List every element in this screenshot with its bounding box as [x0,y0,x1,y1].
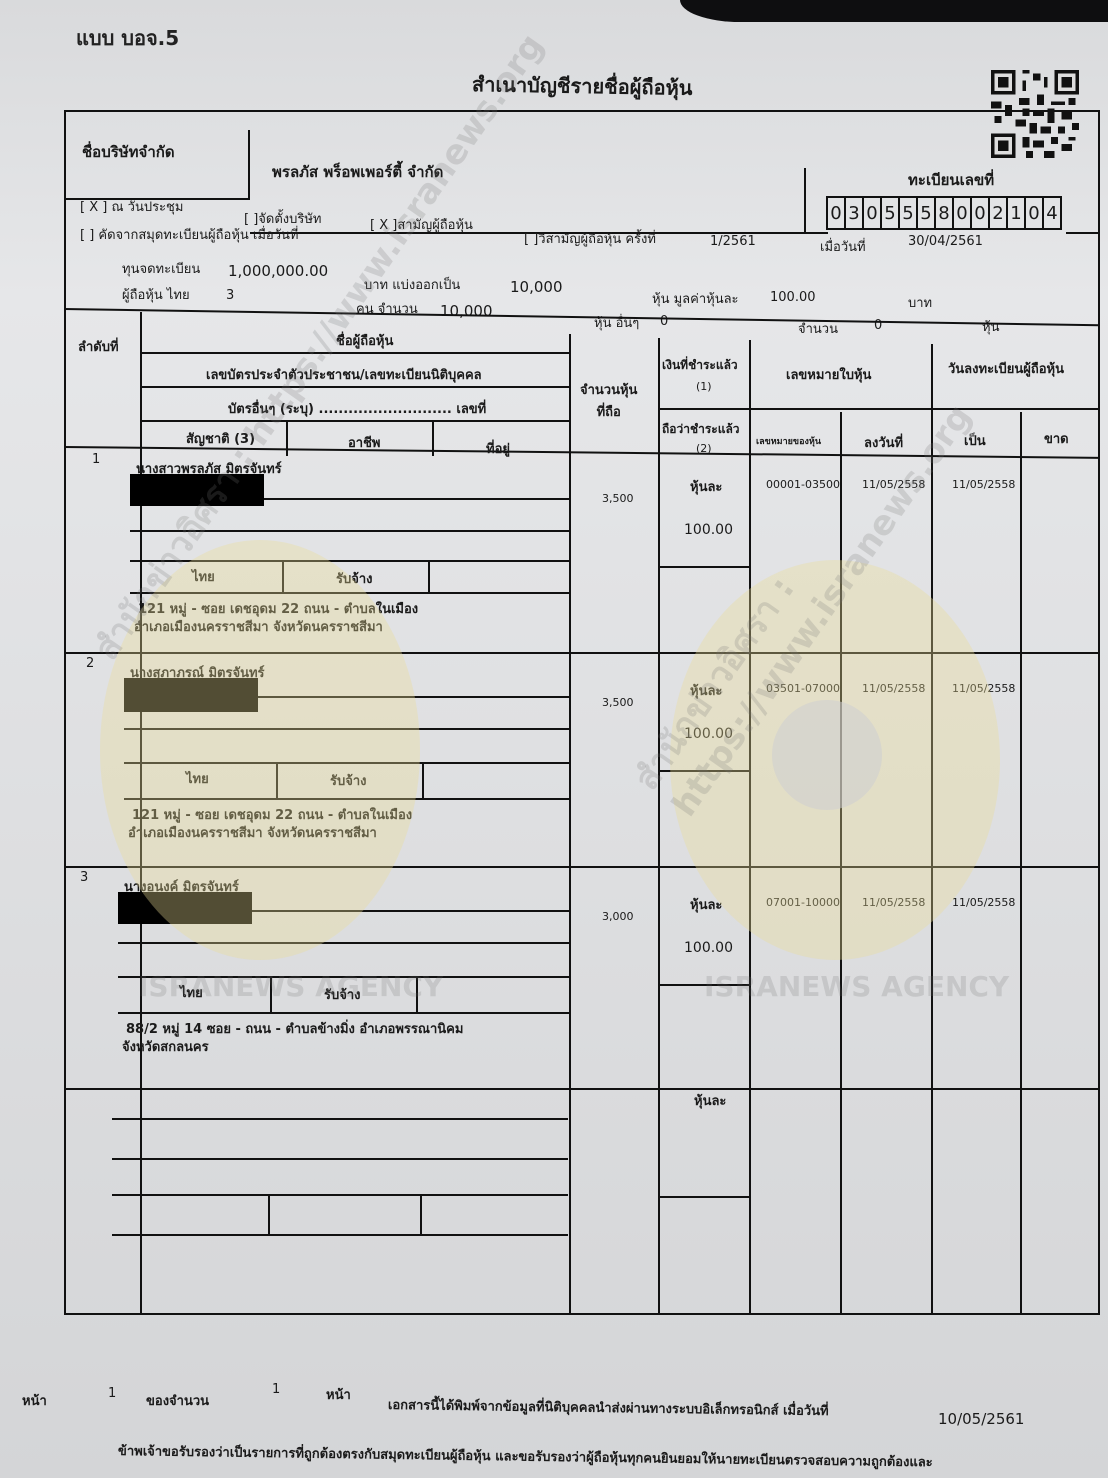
divider [118,942,570,944]
divider [270,976,272,1012]
thai-shares: 10,000 [440,302,493,320]
shares-unit: หุ้น [982,316,999,337]
other-holders: 0 [660,314,668,329]
registration-digit: 0 [828,198,846,228]
divider [124,728,570,730]
company-label: ชื่อบริษัทจำกัด [82,140,175,164]
header-nationality: สัญชาติ (3) [186,428,255,449]
registered-capital-value: 1,000,000.00 [228,262,328,280]
holder-occupation: รับจ้าง [324,984,361,1005]
header-deemed-paid: ถือว่าชำระแล้ว [662,420,740,439]
registration-digit: 2 [990,198,1008,228]
registered-became-date: 11/05/2558 [952,896,1015,909]
header-other-card: บัตรอื่นๆ (ระบุ) .......................… [228,398,486,419]
registered-became-date: 11/05/2558 [952,478,1015,491]
column-divider [749,340,751,1315]
divider [112,1118,568,1120]
registration-digit: 3 [846,198,864,228]
row-divider [64,652,1100,654]
footer-page-label: หน้า [22,1390,47,1411]
divider [1066,232,1100,234]
registration-digit: 4 [1044,198,1060,228]
holder-shares: 3,000 [602,910,634,923]
per-share-label: หุ้นละ [690,894,722,915]
registration-digit: 1 [1008,198,1026,228]
certificate-date: 11/05/2558 [862,896,925,909]
share-numbers: 03501-07000 [766,682,840,695]
column-divider [569,334,571,1315]
session-number: 1/2561 [710,234,756,249]
holder-shares: 3,500 [602,492,634,505]
divider [658,408,1100,410]
value-per-share: 100.00 [770,290,816,305]
holder-nationality: ไทย [186,768,209,789]
divider [124,798,570,800]
divider [130,592,570,594]
registration-number: 0305558002104 [826,196,1062,230]
holder-occupation: รับจ้าง [330,770,367,791]
divider [276,762,278,798]
registration-digit: 0 [972,198,990,228]
row-seq: 1 [92,452,100,467]
empty-row-per-share-label: หุ้นละ [694,1090,726,1111]
checkbox-extraordinary-meeting: [ ]วิสามัญผู้ถือหุ้น ครั้งที่ [524,228,656,249]
photo-edge-shadow [680,0,1108,22]
divider [658,770,750,772]
per-share-label: หุ้นละ [690,680,722,701]
checkbox-meeting-day: [ X ] ณ วันประชุม [80,196,183,217]
footer-printed-note: เอกสารนี้ได้พิมพ์จากข้อมูลที่นิติบุคคลนำ… [388,1394,829,1421]
company-name: พรลภัส พร็อพเพอร์ตี้ จำกัด [272,160,443,184]
total-shares: 10,000 [510,278,563,296]
registration-digit: 8 [936,198,954,228]
thai-holders-count: 3 [226,288,234,303]
thai-holders-label: ผู้ถือหุ้น ไทย [122,284,190,305]
holder-occupation: รับจ้าง [336,568,373,589]
baht-divided-label: บาท แบ่งออกเป็น [364,274,460,295]
row-divider [64,1088,1100,1090]
holder-nationality: ไทย [180,982,203,1003]
share-value-label: หุ้น มูลค่าหุ้นละ [652,288,739,309]
footer-of-total-label: ของจำนวน [146,1390,209,1411]
registration-digit: 0 [954,198,972,228]
share-numbers: 07001-10000 [766,896,840,909]
on-date-label: เมื่อวันที่ [820,236,866,257]
column-divider [931,344,933,1315]
holder-shares: 3,500 [602,696,634,709]
divider [112,1158,568,1160]
row-seq: 3 [80,870,88,885]
divider [112,1234,568,1236]
header-paid-money-note: (1) [696,380,712,393]
checkbox-ordinary-meeting: [ X ]สามัญผู้ถือหุ้น [370,214,473,235]
form-code: แบบ บอจ.5 [76,22,179,54]
divider [268,1196,270,1234]
header-shares-held: จำนวนหุ้น ที่ถือ [580,380,637,424]
header-address: ที่อยู่ [486,438,510,459]
divider [140,352,570,354]
header-occupation: อาชีพ [348,432,381,453]
header-holder-name: ชื่อผู้ถือหุ้น [336,330,393,351]
footer-total-pages: 1 [272,1382,280,1397]
other-shares-label: หุ้น อื่นๆ [594,312,639,333]
divider [658,1196,750,1198]
header-share-numbers: เลขหมายของหุ้น [756,434,821,448]
share-numbers: 00001-03500 [766,478,840,491]
redacted-id-number [130,474,264,506]
row-seq: 2 [86,656,94,671]
header-id-number: เลขบัตรประจำตัวประชาชน/เลขทะเบียนนิติบุค… [206,364,482,385]
header-certificate-no: เลขหมายใบหุ้น [786,364,871,385]
footer-pages-label: หน้า [326,1384,351,1405]
header-seq: ลำดับที่ [78,336,119,357]
divider [428,560,430,592]
header-ceased: ขาด [1044,428,1069,449]
header-dated: ลงวันที่ [864,432,903,453]
divider [112,1194,568,1196]
certificate-date: 11/05/2558 [862,682,925,695]
registered-capital-label: ทุนจดทะเบียน [122,258,200,279]
divider [248,130,250,198]
divider [118,1012,570,1014]
certificate-date: 11/05/2558 [862,478,925,491]
redacted-id-number [124,678,258,712]
divider [416,976,418,1012]
per-share-label: หุ้นละ [690,476,722,497]
divider [286,420,288,456]
registration-digit: 5 [900,198,918,228]
registration-digit: 5 [918,198,936,228]
holder-address-line2: อำเภอเมืองนครราชสีมา จังหวัดนครราชสีมา [128,822,377,843]
footer-certification: ข้าพเจ้าขอรับรองว่าเป็นรายการที่ถูกต้องต… [118,1440,933,1472]
paid-per-share: 100.00 [684,940,733,956]
holder-nationality: ไทย [192,566,215,587]
holder-address-line2: อำเภอเมืองนครราชสีมา จังหวัดนครราชสีมา [134,616,383,637]
divider [658,566,750,568]
column-divider [840,412,842,1315]
divider [282,560,284,592]
registered-became-date: 11/05/2558 [952,682,1015,695]
header-paid-money: เงินที่ชำระแล้ว [662,356,738,375]
registration-digit: 5 [882,198,900,228]
header-deemed-paid-note: (2) [696,442,712,455]
divider [124,762,570,764]
column-divider [658,338,660,1315]
divider [420,1196,422,1234]
header-became: เป็น [964,430,986,451]
persons-amount-label: คน จำนวน [356,298,418,319]
baht-label: บาท [908,292,932,313]
footer-printed-date: 10/05/2561 [938,1410,1024,1428]
paid-per-share: 100.00 [684,522,733,538]
registration-digit: 0 [1026,198,1044,228]
divider [130,560,570,562]
divider [130,530,570,532]
divider [804,168,806,232]
divider [118,976,570,978]
divider [422,762,424,798]
paid-per-share: 100.00 [684,726,733,742]
row-divider [64,866,1100,868]
registration-digit: 0 [864,198,882,228]
divider [140,420,570,422]
meeting-date: 30/04/2561 [908,234,983,249]
column-divider [1020,412,1022,1315]
checkbox-copy-from-register: [ ] คัดจากสมุดทะเบียนผู้ถือหุ้น เมื่อวัน… [80,224,299,245]
registration-label: ทะเบียนเลขที่ [908,168,994,192]
header-registration-date: วันลงทะเบียนผู้ถือหุ้น [948,358,1064,379]
shareholder-list-form [64,110,1100,1315]
divider [658,984,750,986]
divider [140,386,570,388]
holder-address-line2: จังหวัดสกลนคร [122,1036,209,1057]
footer-page-no: 1 [108,1386,116,1401]
redacted-id-number [118,892,252,924]
document-title: สำเนาบัญชีรายชื่อผู้ถือหุ้น [472,68,693,104]
